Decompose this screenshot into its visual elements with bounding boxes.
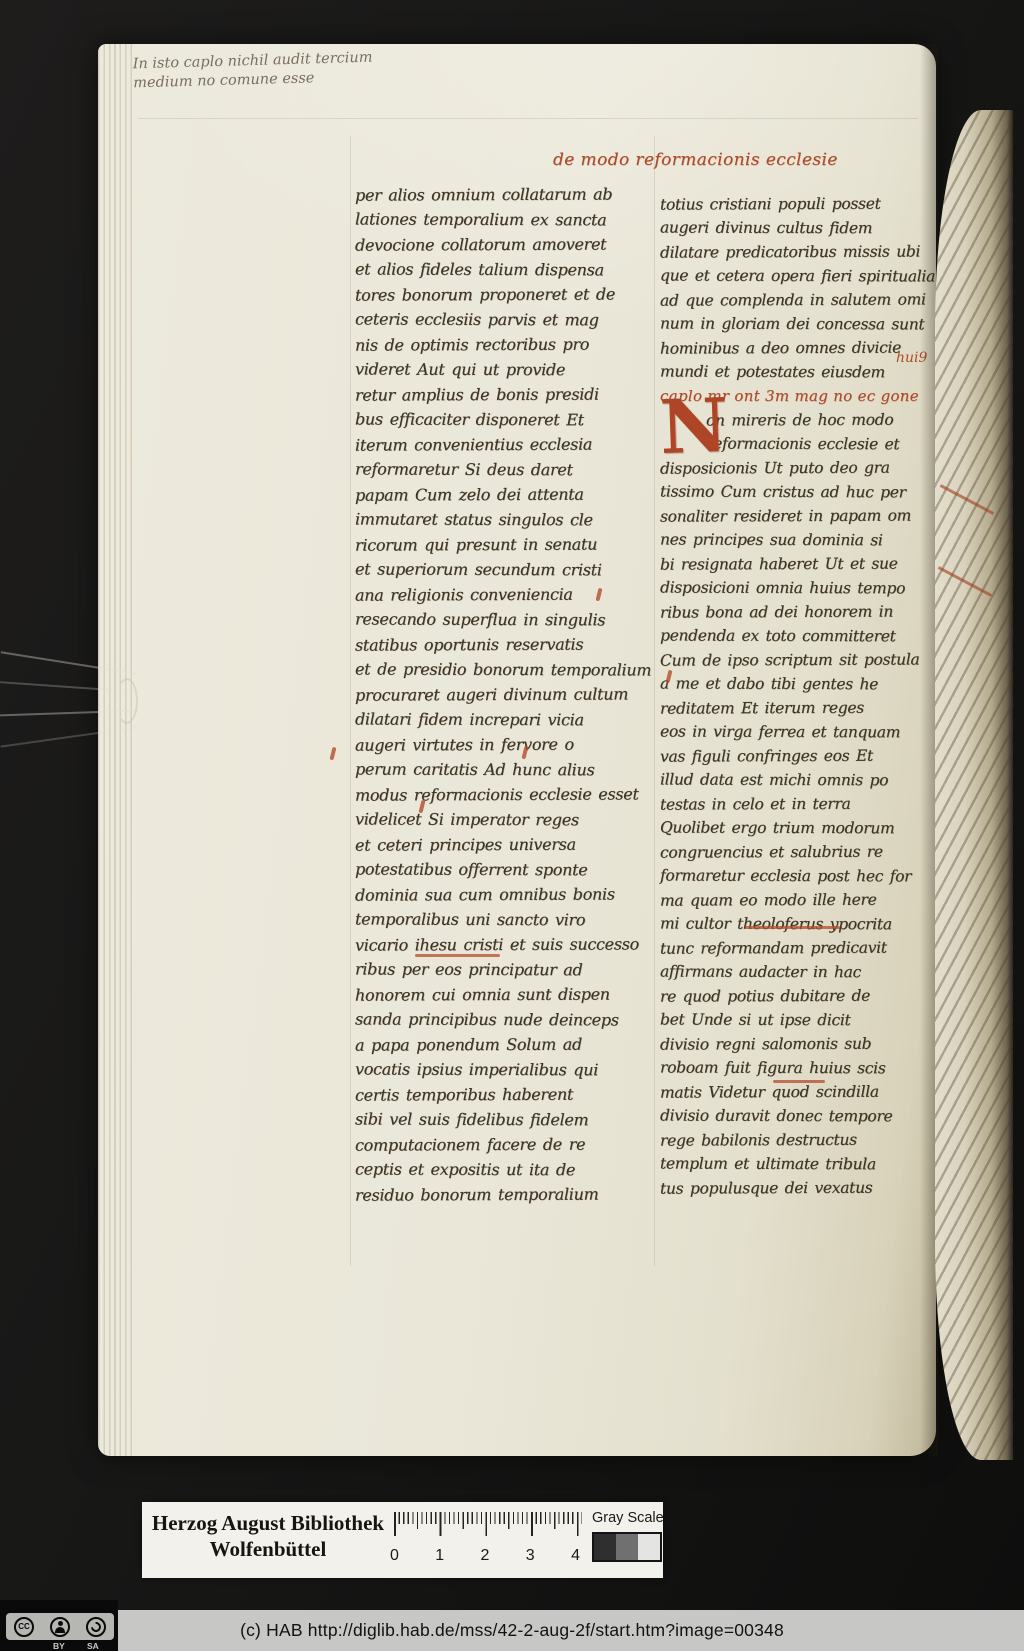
red-underline [773,1080,825,1083]
manuscript-line: honorem cui omnia sunt dispen [355,981,655,1007]
manuscript-line: num in gloriam dei concessa sunt [660,311,950,336]
text-column-right: totius cristiani populi possetaugeri div… [660,192,950,1200]
page-holder-strings [0,628,150,798]
manuscript-line: certis temporibus haberent [355,1081,655,1107]
person-body [55,1627,65,1633]
manuscript-line: ceteris ecclesiis parvis et mag [355,306,655,332]
manuscript-line: per alios omnium collatarum ab [355,181,655,207]
facing-page-edge [935,110,1013,1460]
sa-label: SA [87,1641,99,1651]
manuscript-line: reformaretur Si deus daret [355,456,655,482]
attribution-person-icon [50,1617,70,1637]
library-name-line2: Wolfenbüttel [150,1536,386,1563]
manuscript-line: vas figuli confringes eos Et [660,743,950,768]
manuscript-line: dominia sua cum omnibus bonis [355,881,655,907]
manuscript-line: potestatibus offerrent sponte [355,856,655,882]
ruler-numbers: 0 1 2 3 4 [390,1547,580,1565]
manuscript-line: on mireris de hoc modo [706,407,950,432]
manuscript-line: sanda principibus nude deinceps [355,1006,655,1032]
manuscript-line: bi resignata haberet Ut et sue [660,551,950,576]
manuscript-line: computacionem facere de re [355,1131,655,1157]
manuscript-line: eos in virga ferrea et tanquam [660,719,950,744]
manuscript-line: nes principes sua dominia si [660,527,950,552]
photo-background: In isto caplo nichil audit tercium mediu… [0,0,1024,1651]
manuscript-line: testas in celo et in terra [660,791,950,816]
ruler-number: 4 [571,1547,580,1565]
manuscript-line: immutaret status singulos cle [355,506,655,532]
copyright-text: (c) HAB http://diglib.hab.de/mss/42-2-au… [240,1620,784,1641]
ruler-ticks [394,1512,586,1544]
red-underline [745,926,840,929]
manuscript-line: dilatari fidem increpari vicia [355,706,655,732]
cc-license-badge: CC BY SA [0,1600,118,1651]
manuscript-line: ana religionis conveniencia [355,581,655,607]
ruler-number: 1 [435,1547,444,1565]
manuscript-line: tissimo Cum cristus ad huc per [660,479,950,504]
manuscript-line: congruencius et salubrius re [660,839,950,864]
manuscript-line: resecando superflua in singulis [355,606,655,632]
share-alike-arrow-icon [86,1617,106,1637]
manuscript-line: reformacionis ecclesie et [706,432,950,457]
manuscript-line: ricorum qui presunt in senatu [355,531,655,557]
manuscript-line: bus efficaciter disponeret Et [355,406,655,432]
manuscript-line: videret Aut qui ut provide [355,356,655,382]
ruler-scale: 0 1 2 3 4 [394,1512,586,1565]
manuscript-line: retur amplius de bonis presidi [355,381,655,407]
manuscript-line: ribus bona ad dei honorem in [660,599,950,624]
manuscript-line: formaretur ecclesia post hec for [660,863,950,888]
marginal-annotation: In isto caplo nichil audit tercium mediu… [133,49,374,94]
manuscript-line: divisio duravit donec tempore [660,1103,950,1128]
person-glyph [55,1621,65,1633]
manuscript-line: augeri virtutes in fervore o [355,731,655,757]
reference-card: Herzog August Bibliothek Wolfenbüttel 0 … [142,1502,663,1578]
cc-license-card: CC [4,1611,116,1642]
manuscript-line: pendenda ex toto committeret [660,623,950,648]
manuscript-line: vicario ihesu cristi et suis successo [355,931,655,957]
ruler-ticks-major [394,1512,582,1536]
share-alike-ring [89,1619,103,1633]
string [1,651,138,674]
manuscript-line: et de presidio bonorum temporalium [355,656,655,682]
manuscript-line: tunc reformandam predicavit [660,935,950,960]
manuscript-line: ma quam eo modo ille here [660,887,950,912]
manuscript-line: divisio regni salomonis sub [660,1031,950,1056]
gray-swatch-mid [616,1534,638,1560]
manuscript-line: tores bonorum proponeret et de [355,281,655,307]
manuscript-line: sonaliter resideret in papam om [660,503,950,528]
manuscript-line: sibi vel suis fidelibus fidelem [355,1106,655,1132]
manuscript-line: procuraret augeri divinum cultum [355,681,655,707]
manuscript-line: matis Videtur quod scindilla [660,1079,950,1104]
running-title: de modo reformacionis ecclesie [553,150,853,170]
manuscript-line: templum et ultimate tribula [660,1151,950,1176]
manuscript-line: devocione collatorum amoveret [355,231,655,257]
manuscript-line: lationes temporalium ex sancta [355,206,655,232]
manuscript-line: a me et dabo tibi gentes he [660,671,950,696]
gray-scale-label: Gray Scale [592,1510,662,1526]
manuscript-line: vocatis ipsius imperialibus qui [355,1056,655,1082]
manuscript-line: ribus per eos principatur ad [355,956,655,982]
person-head [58,1621,63,1626]
library-name: Herzog August Bibliothek Wolfenbüttel [150,1510,386,1563]
manuscript-line: mi cultor theoloferus ypocrita [660,911,950,936]
page-holder-clip [116,678,138,724]
ruler-number: 2 [481,1547,490,1565]
manuscript-line: illud data est michi omnis po [660,767,950,792]
manuscript-line: et ceteri principes universa [355,831,655,857]
manuscript-line: videlicet Si imperator reges [355,806,655,832]
cc-icon-label: CC [18,1622,30,1631]
manuscript-line: bet Unde si ut ipse dicit [660,1007,950,1032]
gray-scale-chart: Gray Scale [592,1510,662,1562]
manuscript-line: affirmans audacter in hac [660,959,950,984]
gray-scale-swatches [592,1532,662,1562]
library-name-line1: Herzog August Bibliothek [150,1510,386,1536]
manuscript-line: totius cristiani populi posset [660,191,950,216]
manuscript-line: iterum convenientius ecclesia [355,431,655,457]
text-column-left: per alios omnium collatarum ablationes t… [355,182,655,1207]
manuscript-line: disposicioni omnia huius tempo [660,575,950,600]
manuscript-line: et superiorum secundum cristi [355,556,655,582]
manuscript-page: In isto caplo nichil audit tercium mediu… [98,44,936,1456]
manuscript-line: reditatem Et iterum reges [660,695,950,720]
ruling-line-horizontal [138,118,918,119]
manuscript-line: ad que complenda in salutem omi [660,287,950,312]
ruler-number: 3 [526,1547,535,1565]
manuscript-line: roboam fuit figura huius scis [660,1055,950,1080]
manuscript-line: dilatare predicatoribus missis ubi [660,239,950,264]
manuscript-line: statibus oportunis reservatis [355,631,655,657]
facing-page-text-lines [935,110,1013,1460]
ruler-number: 0 [390,1547,399,1565]
drop-cap-initial: N [659,391,729,463]
manuscript-line: rege babilonis destructus [660,1127,950,1152]
cc-icon: CC [14,1617,34,1637]
manuscript-line: et alios fideles talium dispensa [355,256,655,282]
manuscript-line: Quolibet ergo trium modorum [660,815,950,840]
copyright-strip: (c) HAB http://diglib.hab.de/mss/42-2-au… [0,1610,1024,1651]
manuscript-line: temporalibus uni sancto viro [355,906,655,932]
manuscript-line: perum caritatis Ad hunc alius [355,756,655,782]
manuscript-line: re quod potius dubitare de [660,983,950,1008]
manuscript-line: Cum de ipso scriptum sit postula [660,647,950,672]
manuscript-line: residuo bonorum temporalium [355,1181,655,1207]
ruling-line-left-column [350,136,351,1266]
gray-swatch-light [638,1534,660,1560]
manuscript-line: modus reformacionis ecclesie esset [355,781,655,807]
manuscript-line: que et cetera opera fieri spiritualia [660,263,950,288]
red-paragraph-mark [329,747,336,760]
manuscript-line: augeri divinus cultus fidem [660,215,950,240]
manuscript-line: a papa ponendum Solum ad [355,1031,655,1057]
string [1,726,138,747]
manuscript-line: nis de optimis rectoribus pro [355,331,655,357]
red-underline [415,954,500,957]
manuscript-line: papam Cum zelo dei attenta [355,481,655,507]
by-label: BY [53,1641,65,1651]
gray-swatch-dark [594,1534,616,1560]
manuscript-line: ceptis et expositis ut ita de [355,1156,655,1182]
manuscript-line: tus populusque dei vexatus [660,1175,950,1200]
